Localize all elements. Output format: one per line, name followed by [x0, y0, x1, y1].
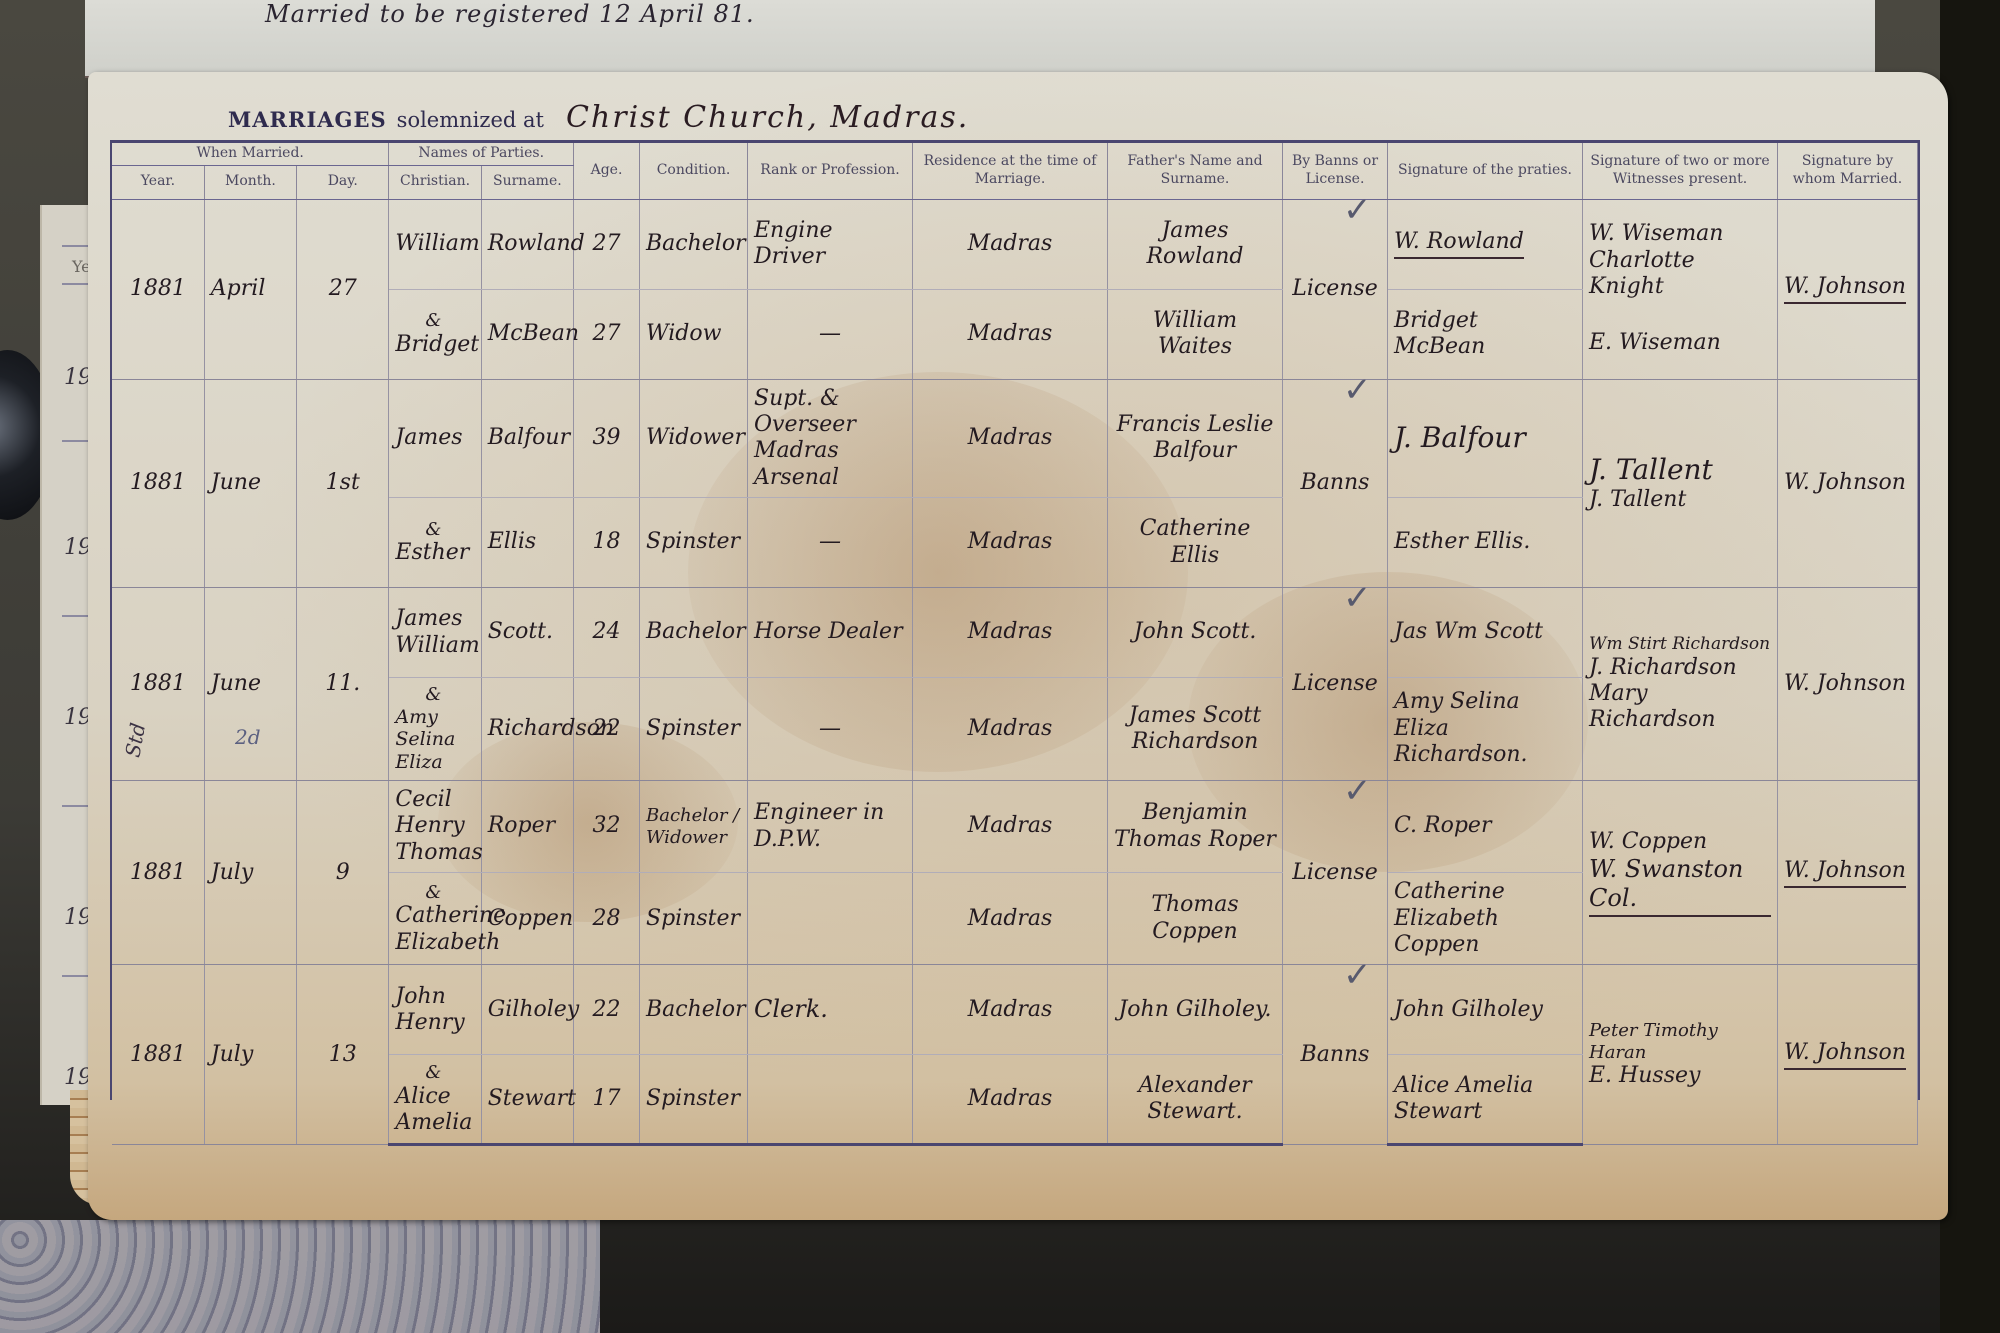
groom-residence: Madras: [913, 781, 1108, 873]
check-mark-icon: ✓: [1343, 190, 1372, 231]
bride-residence: Madras: [913, 289, 1108, 379]
witnesses: W. Wiseman Charlotte Knight E. Wiseman: [1583, 199, 1778, 379]
bride-signature: Esther Ellis.: [1388, 498, 1583, 588]
dark-background: [1940, 0, 2000, 1333]
banns-or-license: ✓Banns: [1283, 965, 1388, 1145]
bride-christian: &Alice Amelia: [389, 1055, 481, 1145]
groom-signature-text: W. Rowland: [1394, 229, 1524, 259]
bride-christian-text: Alice Amelia: [395, 1084, 472, 1135]
married-by: W. Johnson: [1778, 379, 1918, 588]
entry-month: June: [204, 588, 296, 781]
entry-month: April: [204, 199, 296, 379]
bride-christian: &Bridget: [389, 289, 481, 379]
bride-residence: Madras: [913, 678, 1108, 781]
bride-condition: Spinster: [640, 498, 748, 588]
header-month: Month.: [204, 165, 296, 199]
banns-text: Banns: [1301, 470, 1370, 495]
bride-signature: Bridget McBean: [1388, 289, 1583, 379]
groom-surname: Roper: [481, 781, 573, 873]
bride-residence: Madras: [913, 1055, 1108, 1145]
check-mark-icon: ✓: [1343, 370, 1372, 411]
bride-surname: Stewart: [481, 1055, 573, 1145]
entry-year: 1881: [112, 199, 204, 379]
witnesses: J. Tallent J. Tallent: [1583, 379, 1778, 588]
banns-text: License: [1292, 860, 1377, 885]
entry-year: 1881: [112, 379, 204, 588]
entry-month: July: [204, 781, 296, 965]
witness-name: Charlotte Knight: [1589, 248, 1771, 301]
married-by: W. Johnson: [1778, 965, 1918, 1145]
header-christian: Christian.: [389, 165, 481, 199]
groom-residence: Madras: [913, 199, 1108, 289]
married-by-text: W. Johnson: [1784, 858, 1906, 888]
entry-day: 11.: [297, 588, 389, 781]
groom-condition: Widower: [640, 379, 748, 498]
bride-signature: Alice Amelia Stewart: [1388, 1055, 1583, 1145]
bride-surname: Richardson: [481, 678, 573, 781]
witness-name: W. Swanston Col.: [1589, 855, 1771, 917]
groom-signature: W. Rowland: [1388, 199, 1583, 289]
groom-rank: Horse Dealer: [748, 588, 913, 678]
groom-surname: Balfour: [481, 379, 573, 498]
bride-father: Alexander Stewart.: [1108, 1055, 1283, 1145]
bride-condition: Spinster: [640, 873, 748, 965]
groom-father: Francis Leslie Balfour: [1108, 379, 1283, 498]
groom-age: 22: [574, 965, 640, 1055]
groom-surname: Gilholey: [481, 965, 573, 1055]
entry-day: 1st: [297, 379, 389, 588]
header-residence: Residence at the time of Marriage.: [913, 142, 1108, 200]
bride-father: Catherine Ellis: [1108, 498, 1283, 588]
groom-age: 24: [574, 588, 640, 678]
witness-name: J. Tallent: [1589, 453, 1771, 487]
ampersand: &: [395, 1062, 474, 1084]
register-entry: 1881 July 9 Cecil Henry Thomas Roper 32 …: [112, 781, 1918, 873]
title-printed: MARRIAGES: [228, 107, 387, 132]
header-married-by: Signature by whom Married.: [1778, 142, 1918, 200]
groom-rank: Engine Driver: [748, 199, 913, 289]
bride-surname: Coppen: [481, 873, 573, 965]
marriage-register-table: When Married. Names of Parties. Age. Con…: [110, 140, 1920, 1100]
witness-name: J. Richardson: [1589, 655, 1771, 681]
banns-text: License: [1292, 276, 1377, 301]
title-printed-rest: solemnized at: [397, 108, 544, 132]
entry-month: June: [204, 379, 296, 588]
register-entry: 1881 June 1st James Balfour 39 Widower S…: [112, 379, 1918, 498]
witness-name: Mary Richardson: [1589, 681, 1771, 734]
banns-or-license: ✓Banns: [1283, 379, 1388, 588]
bride-surname: McBean: [481, 289, 573, 379]
groom-surname: Scott.: [481, 588, 573, 678]
groom-father: John Scott.: [1108, 588, 1283, 678]
header-day: Day.: [297, 165, 389, 199]
witness-name: E. Hussey: [1589, 1063, 1771, 1089]
groom-age: 39: [574, 379, 640, 498]
groom-christian: Cecil Henry Thomas: [389, 781, 481, 873]
groom-christian: William: [389, 199, 481, 289]
groom-signature: C. Roper: [1388, 781, 1583, 873]
married-by: W. Johnson: [1778, 781, 1918, 965]
bride-residence: Madras: [913, 873, 1108, 965]
bride-age: 27: [574, 289, 640, 379]
header-year: Year.: [112, 165, 204, 199]
bride-signature: Amy Selina Eliza Richardson.: [1388, 678, 1583, 781]
bride-christian-text: Amy Selina Eliza: [395, 706, 455, 774]
header-banns: By Banns or License.: [1283, 142, 1388, 200]
entry-year: 1881: [112, 781, 204, 965]
married-by: W. Johnson: [1778, 588, 1918, 781]
check-mark-icon: ✓: [1343, 578, 1372, 619]
married-by-text: W. Johnson: [1784, 274, 1906, 304]
groom-signature: J. Balfour: [1388, 379, 1583, 498]
header-rank: Rank or Profession.: [748, 142, 913, 200]
header-age: Age.: [574, 142, 640, 200]
header-signature-parties: Signature of the praties.: [1388, 142, 1583, 200]
groom-rank: Engineer in D.P.W.: [748, 781, 913, 873]
married-by: W. Johnson: [1778, 199, 1918, 379]
ampersand: &: [395, 519, 474, 541]
groom-condition: Bachelor: [640, 588, 748, 678]
banns-text: License: [1292, 671, 1377, 696]
groom-condition: Bachelor: [640, 965, 748, 1055]
bride-condition: Spinster: [640, 1055, 748, 1145]
register-entry: 1881 April 27 William Rowland 27 Bachelo…: [112, 199, 1918, 289]
witnesses: Wm Stirt Richardson J. Richardson Mary R…: [1583, 588, 1778, 781]
bride-residence: Madras: [913, 498, 1108, 588]
bride-father: James Scott Richardson: [1108, 678, 1283, 781]
bride-christian: &Catherine Elizabeth: [389, 873, 481, 965]
check-mark-icon: ✓: [1343, 955, 1372, 996]
groom-surname: Rowland: [481, 199, 573, 289]
header-condition: Condition.: [640, 142, 748, 200]
groom-residence: Madras: [913, 965, 1108, 1055]
groom-rank: Supt. & Overseer Madras Arsenal: [748, 379, 913, 498]
banns-text: Banns: [1301, 1042, 1370, 1067]
bride-condition: Widow: [640, 289, 748, 379]
married-by-text: W. Johnson: [1784, 1040, 1906, 1070]
witness-name: W. Coppen: [1589, 829, 1771, 855]
groom-age: 32: [574, 781, 640, 873]
margin-note: 2d: [235, 725, 261, 749]
groom-father: Benjamin Thomas Roper: [1108, 781, 1283, 873]
previous-page-note: Married to be registered 12 April 81.: [265, 0, 755, 28]
groom-condition: Bachelor: [640, 199, 748, 289]
ampersand: &: [395, 310, 474, 332]
entry-day: 9: [297, 781, 389, 965]
groom-christian: John Henry: [389, 965, 481, 1055]
group-header-when-married: When Married.: [112, 142, 389, 166]
bride-rank: —: [748, 678, 913, 781]
previous-page-strip: Married to be registered 12 April 81.: [85, 0, 1875, 78]
witness-name: W. Wiseman: [1589, 221, 1771, 247]
header-surname: Surname.: [481, 165, 573, 199]
bride-father: William Waites: [1108, 289, 1283, 379]
bride-rank: [748, 1055, 913, 1145]
bride-christian-text: Bridget: [395, 332, 479, 357]
groom-condition: Bachelor / Widower: [640, 781, 748, 873]
groom-signature: Jas Wm Scott: [1388, 588, 1583, 678]
witness-name: Wm Stirt Richardson: [1589, 634, 1771, 654]
bride-surname: Ellis: [481, 498, 573, 588]
groom-father: John Gilholey.: [1108, 965, 1283, 1055]
groom-christian: James: [389, 379, 481, 498]
groom-christian: James William: [389, 588, 481, 678]
groom-father: James Rowland: [1108, 199, 1283, 289]
groom-christian-text: William: [395, 231, 479, 256]
bride-signature: Catherine Elizabeth Coppen: [1388, 873, 1583, 965]
bride-condition: Spinster: [640, 678, 748, 781]
bride-age: 22: [574, 678, 640, 781]
ampersand: &: [395, 684, 474, 706]
witnesses: Peter Timothy Haran E. Hussey: [1583, 965, 1778, 1145]
bride-rank: [748, 873, 913, 965]
witness-name: J. Tallent: [1589, 487, 1771, 513]
groom-residence: Madras: [913, 379, 1108, 498]
bride-age: 17: [574, 1055, 640, 1145]
bride-christian: &Esther: [389, 498, 481, 588]
witness-name: E. Wiseman: [1589, 330, 1771, 356]
entry-year: 1881: [112, 965, 204, 1145]
groom-rank: Clerk.: [748, 965, 913, 1055]
banns-or-license: ✓License: [1283, 199, 1388, 379]
register-title: MARRIAGES solemnized at Christ Church, M…: [228, 100, 969, 140]
entry-day: 27: [297, 199, 389, 379]
entry-month: July: [204, 965, 296, 1145]
title-church-name: Christ Church, Madras.: [566, 100, 969, 135]
register-entry: 1881 July 13 John Henry Gilholey 22 Bach…: [112, 965, 1918, 1055]
groom-residence: Madras: [913, 588, 1108, 678]
header-witnesses: Signature of two or more Witnesses prese…: [1583, 142, 1778, 200]
bride-rank: —: [748, 498, 913, 588]
bride-age: 28: [574, 873, 640, 965]
group-header-names: Names of Parties.: [389, 142, 574, 166]
check-mark-icon: ✓: [1343, 771, 1372, 812]
header-father: Father's Name and Surname.: [1108, 142, 1283, 200]
ampersand: &: [395, 882, 474, 904]
bride-christian-text: Esther: [395, 540, 469, 565]
register-entry: 1881 June 11. James William Scott. 24 Ba…: [112, 588, 1918, 678]
banns-or-license: ✓License: [1283, 588, 1388, 781]
bride-rank: —: [748, 289, 913, 379]
bride-age: 18: [574, 498, 640, 588]
bride-christian: &Amy Selina Eliza: [389, 678, 481, 781]
groom-age: 27: [574, 199, 640, 289]
groom-signature: John Gilholey: [1388, 965, 1583, 1055]
witness-name: Peter Timothy Haran: [1589, 1020, 1771, 1063]
witnesses: W. Coppen W. Swanston Col.: [1583, 781, 1778, 965]
banns-or-license: ✓License: [1283, 781, 1388, 965]
floor-carpet: [0, 1220, 600, 1333]
entry-day: 13: [297, 965, 389, 1145]
bride-father: Thomas Coppen: [1108, 873, 1283, 965]
